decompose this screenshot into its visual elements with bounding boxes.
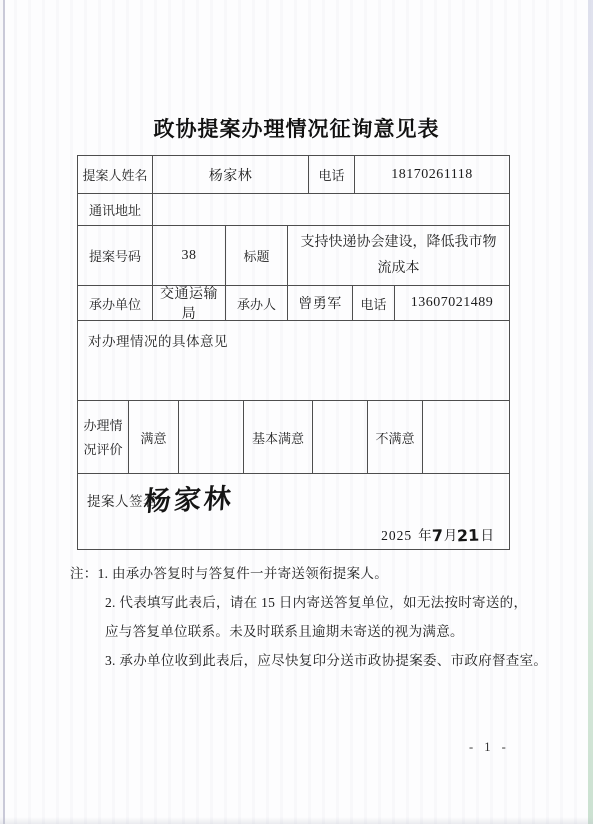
proposer-phone-value: 18170261118 [355,156,509,193]
proposer-phone-label: 电话 [309,156,355,193]
handler-phone-label: 电话 [353,286,395,320]
row-opinion: 对办理情况的具体意见 [78,321,509,401]
notes-prefix: 注： [70,566,98,581]
option-unsatisfied-label: 不满意 [368,401,423,473]
form-title: 政协提案办理情况征询意见表 [0,113,593,143]
handwritten-signature: 杨家林 [143,476,236,518]
handling-unit-label: 承办单位 [78,286,153,320]
date-day-unit: 日 [481,528,495,543]
date-year-unit: 年 [418,528,432,543]
signature-cell: 提案人签名 杨家林 2025年7月21日 [78,474,509,549]
option-satisfied-label: 满意 [129,401,179,473]
date-year: 2025 [381,528,412,543]
address-value-cell [153,194,509,225]
row-evaluation: 办理情 况评价 满意 基本满意 不满意 [78,401,509,474]
proposer-name-label: 提案人姓名 [78,156,153,193]
proposal-number-label: 提案号码 [78,226,153,285]
row-address: 通讯地址 [78,194,509,226]
handling-unit-value: 交通运输局 [153,286,226,320]
address-label: 通讯地址 [78,194,153,225]
form-table: 提案人姓名 杨家林 电话 18170261118 通讯地址 提案号码 38 标题… [77,155,510,550]
option-basically-satisfied-label: 基本满意 [244,401,313,473]
date-month-unit: 月 [444,528,458,543]
row-proposer: 提案人姓名 杨家林 电话 18170261118 [78,156,509,194]
proposal-title-text: 支持快递协会建设，降低我市物流成本 [294,230,503,282]
evaluation-label: 办理情 况评价 [78,401,129,473]
row-signature: 提案人签名 杨家林 2025年7月21日 [78,474,509,549]
handler-name-value: 曾勇军 [288,286,353,320]
scan-bottom-edge-artifact [0,817,593,824]
date-day-handwritten: 21 [457,528,480,545]
option-satisfied-checkbox-cell [179,401,244,473]
note-item-2-line-1: 2. 代表填写此表后，请在 15 日内寄送答复单位，如无法按时寄送的， [105,588,525,617]
evaluation-label-line2: 况评价 [83,443,122,456]
note-item-1: 注：1. 由承办答复时与答复件一并寄送领衔提案人。 [70,559,525,588]
notes-block: 注：1. 由承办答复时与答复件一并寄送领衔提案人。 2. 代表填写此表后，请在 … [70,559,525,675]
proposer-name-value: 杨家林 [153,156,309,193]
proposal-title-value: 支持快递协会建设，降低我市物流成本 [288,226,509,285]
option-unsatisfied-checkbox-cell [423,401,509,473]
proposal-title-label: 标题 [226,226,288,285]
date-line: 2025年7月21日 [381,524,494,544]
option-basically-satisfied-checkbox-cell [313,401,368,473]
opinion-cell: 对办理情况的具体意见 [78,321,509,400]
row-handler: 承办单位 交通运输局 承办人 曾勇军 电话 13607021489 [78,286,509,321]
proposal-number-value: 38 [153,226,226,285]
note-item-2-line-2: 应与答复单位联系。未及时联系且逾期未寄送的视为满意。 [105,617,525,646]
opinion-label: 对办理情况的具体意见 [88,334,228,349]
handler-label: 承办人 [226,286,288,320]
date-month-handwritten: 7 [431,528,443,544]
row-proposal: 提案号码 38 标题 支持快递协会建设，降低我市物流成本 [78,226,509,286]
scanned-form-page: 政协提案办理情况征询意见表 提案人姓名 杨家林 电话 18170261118 通… [0,0,593,824]
evaluation-label-line1: 办理情 [83,419,122,432]
page-number: - 1 - [469,740,510,755]
note-item-3: 3. 承办单位收到此表后，应尽快复印分送市政协提案委、市政府督查室。 [105,646,525,675]
handler-phone-value: 13607021489 [395,286,509,320]
note-item-1-text: 1. 由承办答复时与答复件一并寄送领衔提案人。 [98,566,388,581]
